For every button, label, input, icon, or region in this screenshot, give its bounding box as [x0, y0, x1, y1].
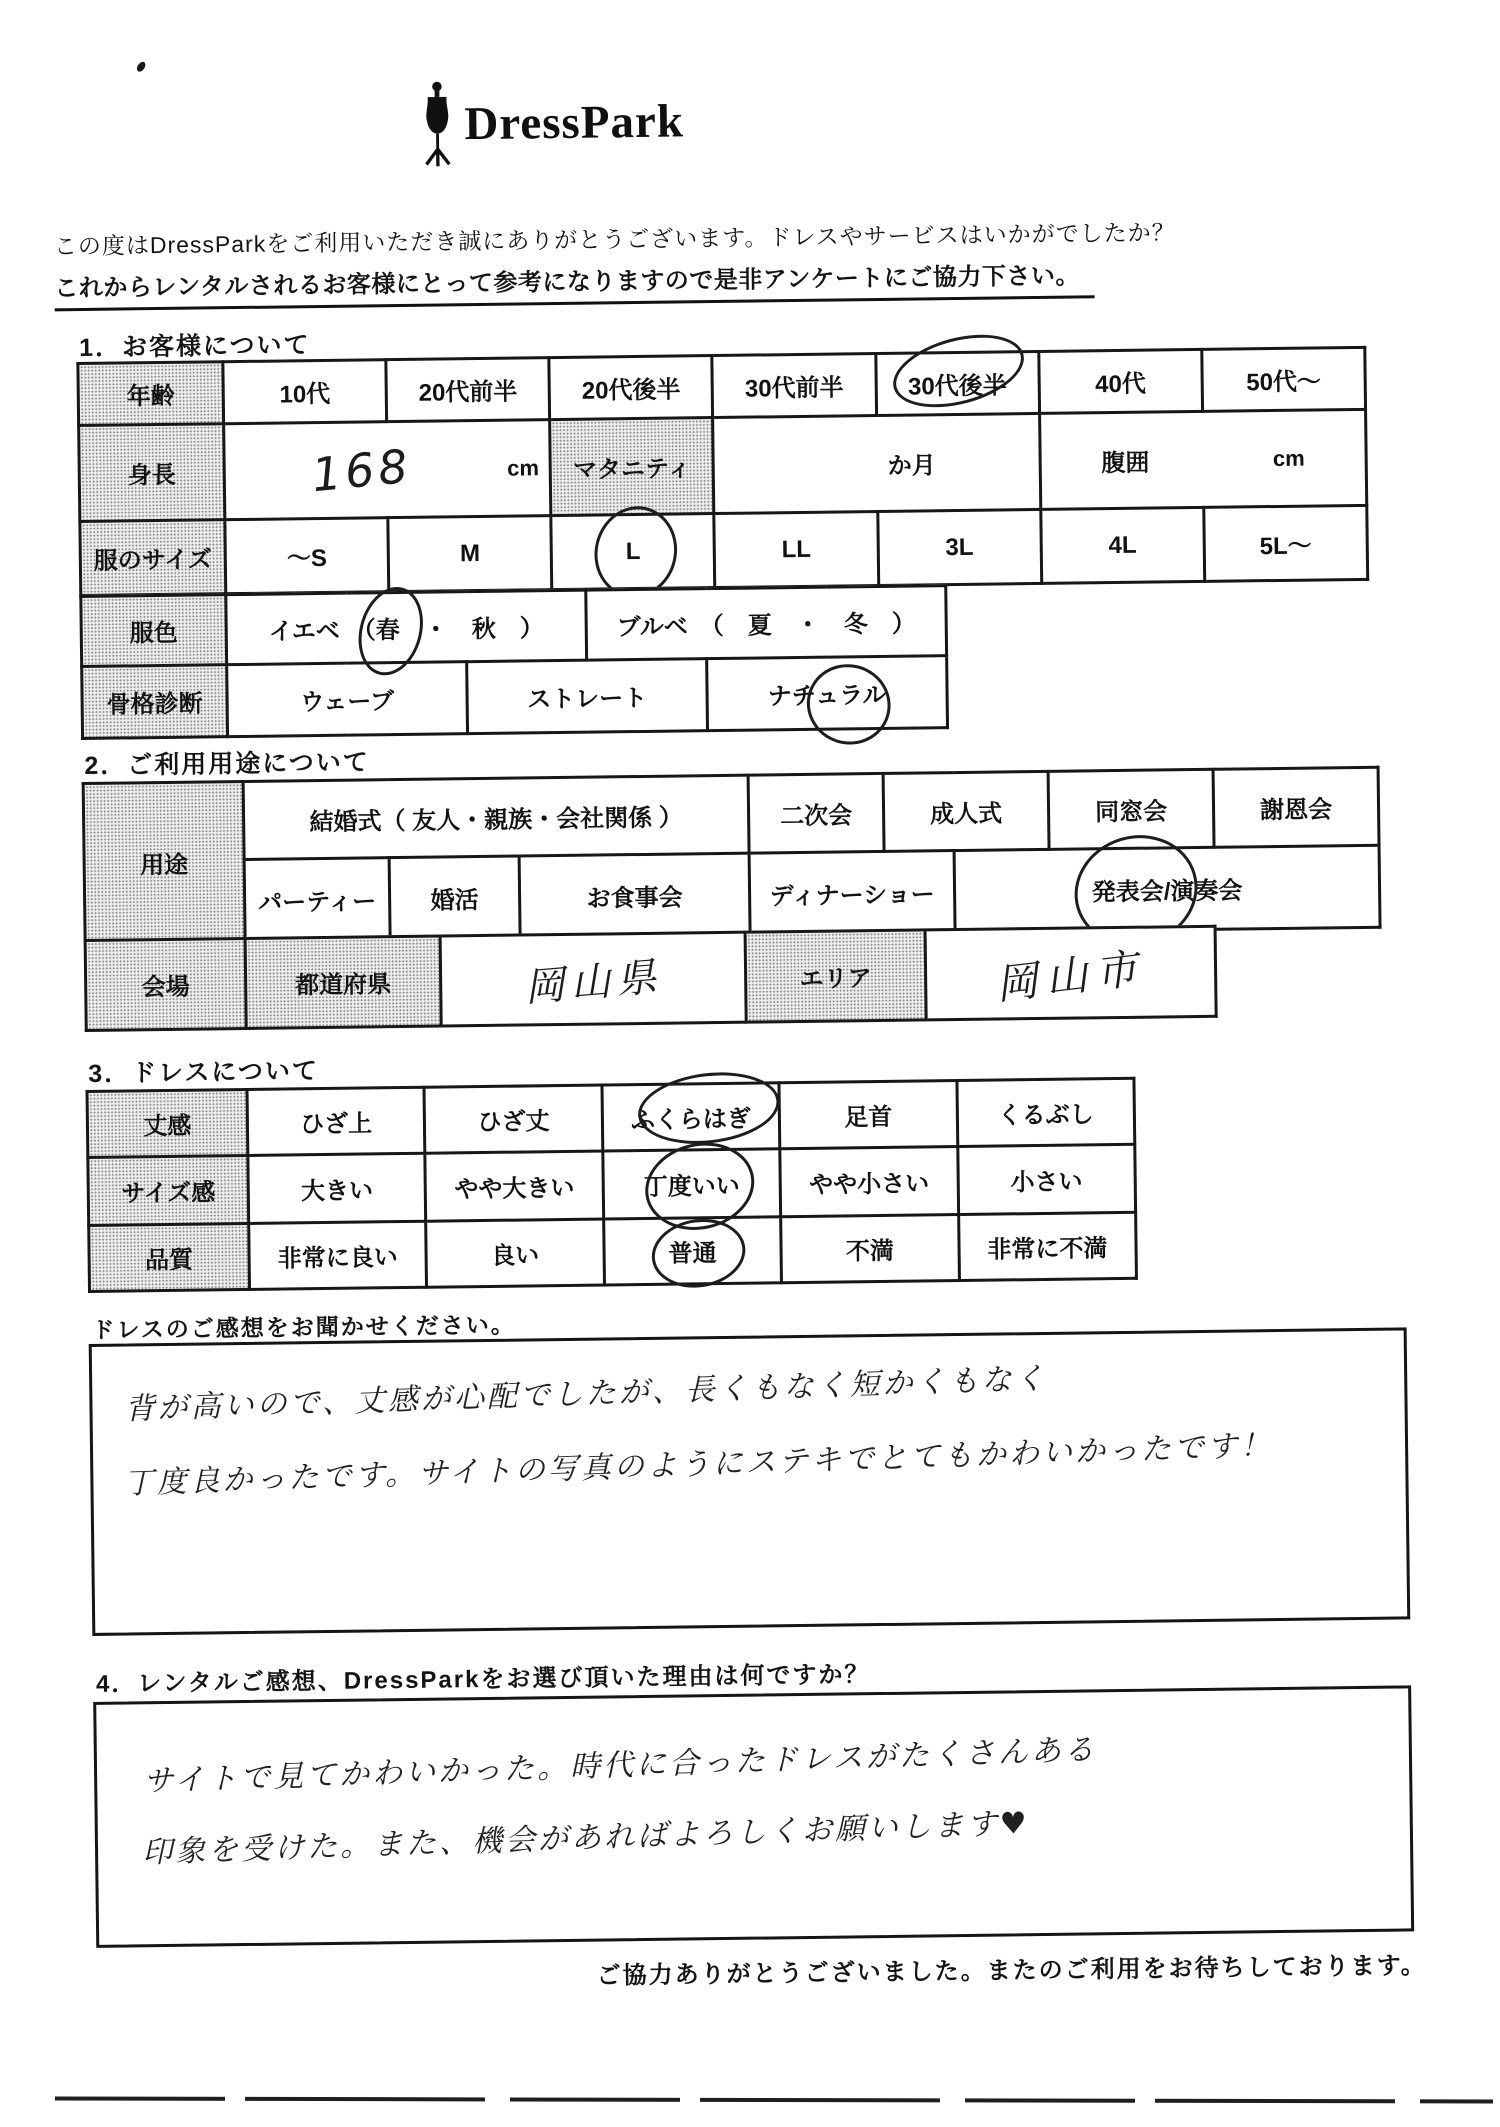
prefecture-handwritten-value: 岡山県 — [522, 945, 664, 1013]
fit-just-right-text: 丁度いい — [644, 1173, 740, 1201]
age-option-early30s: 30代前半 — [712, 354, 876, 418]
fit-option-big: 大きい — [248, 1153, 426, 1223]
customer-table-lower: 服色 イエベ （春 ・ 秋 ） ブルベ （ 夏 ・ 冬 ） 骨格診断 ウェーブ … — [79, 584, 949, 740]
purpose-row-label: 用途 — [83, 781, 245, 943]
dress-table: 丈感 ひざ上 ひざ丈 ふくらはぎ 足首 くるぶし サイズ感 大きい やや大きい … — [86, 1077, 1138, 1293]
height-unit: cm — [507, 455, 539, 481]
reason-handwritten-line-2: 印象を受けた。また、機会があればよろしくお願いします♥ — [141, 1798, 1030, 1872]
length-option-ankle: 足首 — [779, 1081, 957, 1149]
size-option-l-text: L — [626, 537, 641, 564]
logo: DressPark — [418, 76, 685, 169]
height-handwritten-value: 168 — [309, 438, 414, 502]
size-option-4l: 4L — [1040, 507, 1204, 583]
age-option-10s: 10代 — [223, 360, 387, 424]
fit-row-label: サイズ感 — [88, 1155, 249, 1225]
scanned-questionnaire-page: DressPark この度はDressParkをご利用いただき誠にありがとうござ… — [0, 0, 1500, 2127]
purpose-option-reunion: 同窓会 — [1048, 769, 1214, 849]
scan-sheet: DressPark この度はDressParkをご利用いただき誠にありがとうござ… — [0, 0, 1500, 2127]
quality-row-label: 品質 — [89, 1223, 250, 1291]
quality-row: 品質 非常に良い 良い 普通 不満 非常に不満 — [89, 1212, 1137, 1291]
closing-text: ご協力ありがとうございました。またのご利用をお待ちしております。 — [596, 1945, 1426, 1990]
height-value-cell: 168 cm — [224, 420, 551, 520]
age-option-40s: 40代 — [1039, 349, 1203, 413]
venue-row-label: 会場 — [85, 938, 246, 1030]
fit-option-slightly-small: やや小さい — [780, 1147, 958, 1217]
purpose-option-dinner-show: ディナーショー — [749, 851, 955, 936]
length-row-label: 丈感 — [87, 1089, 248, 1157]
scan-speck — [135, 60, 147, 73]
personal-color-row: 服色 イエベ （春 ・ 秋 ） ブルベ （ 夏 ・ 冬 ） — [81, 586, 947, 667]
purpose-option-konkatsu: 婚活 — [389, 856, 520, 940]
maternity-months-cell: か月 — [713, 413, 1040, 513]
quality-normal-text: 普通 — [668, 1240, 716, 1268]
intro-line-2: これからレンタルされるお客様にとって参考になりますので是非アンケートにご協力下さ… — [54, 255, 1094, 311]
reason-handwritten-line-1: サイトで見てかわいかった。時代に合ったドレスがたくさんある — [143, 1724, 1098, 1800]
quality-option-unsatisfied: 不満 — [781, 1215, 959, 1283]
feedback-comment-box: 背が高いので、丈感が心配でしたが、長くもなく短かくもなく 丁度良かったです。サイ… — [89, 1327, 1411, 1636]
size-option-ll: LL — [714, 512, 878, 588]
customer-table: 年齢 10代 20代前半 20代後半 30代前半 30代後半 40代 50代～ … — [76, 346, 1369, 597]
quality-option-normal-selected: 普通 — [603, 1217, 781, 1285]
usage-table: 用途 結婚式（ 友人・親族・会社関係 ） 二次会 成人式 同窓会 謝恩会 パーテ… — [82, 766, 1382, 945]
skeleton-row-label: 骨格診断 — [82, 665, 228, 739]
age-option-late20s: 20代後半 — [549, 356, 713, 420]
skeleton-option-straight: ストレート — [467, 659, 708, 734]
skeleton-option-wave: ウェーブ — [227, 662, 468, 737]
quality-option-very-good: 非常に良い — [249, 1221, 427, 1289]
fit-option-small: 小さい — [957, 1144, 1135, 1214]
age-option-early20s: 20代前半 — [386, 358, 550, 422]
venue-table: 会場 都道府県 岡山県 エリア 岡山市 — [84, 925, 1218, 1032]
prefecture-value-cell: 岡山県 — [440, 932, 746, 1026]
age-option-50s: 50代～ — [1202, 347, 1366, 411]
area-handwritten-value: 岡山市 — [993, 935, 1149, 1012]
color-row-label: 服色 — [81, 595, 227, 667]
intro-line-1: この度はDressParkをご利用いただき誠にありがとうございます。ドレスやサー… — [54, 214, 1176, 261]
size-option-s: ～S — [225, 518, 389, 594]
age-option-late30s-text: 30代後半 — [908, 372, 1007, 400]
dress-form-icon — [418, 79, 457, 169]
waist-cell: 腹囲 cm — [1039, 409, 1366, 509]
purpose-recital-text: 発表会/演奏会 — [1092, 877, 1243, 906]
purpose-option-afterparty: 二次会 — [748, 773, 884, 853]
reason-comment-box: サイトで見てかわいかった。時代に合ったドレスがたくさんある 印象を受けた。また、… — [93, 1685, 1414, 1948]
logo-text: DressPark — [464, 94, 684, 151]
quality-option-good: 良い — [426, 1219, 604, 1287]
quality-option-very-unsatisfied: 非常に不満 — [958, 1212, 1136, 1280]
feedback-handwritten-line-2: 丁度良かったです。サイトの写真のようにステキでとてもかわいかったです！ — [123, 1420, 1274, 1503]
size-row: 服のサイズ ～S M L LL 3L 4L 5L～ — [80, 505, 1368, 595]
selection-circle — [885, 322, 1031, 420]
color-yellow-prefix: イエベ （ — [269, 617, 376, 645]
size-option-l-selected: L — [551, 514, 715, 590]
feedback-handwritten-line-1: 背が高いので、丈感が心配でしたが、長くもなく短かくもなく — [124, 1353, 1048, 1428]
size-option-m: M — [388, 516, 552, 592]
fit-option-slightly-big: やや大きい — [425, 1151, 603, 1221]
color-yellow-suffix: ・ 秋 ） — [400, 615, 544, 644]
section4-title: 4．レンタルご感想、DressParkをお選び頂いた理由は何ですか？ — [96, 1654, 871, 1699]
length-option-anklebone: くるぶし — [957, 1078, 1135, 1146]
skeleton-natural-text: ナチュラル — [768, 682, 887, 710]
length-calf-text: ふくらはぎ — [631, 1106, 751, 1135]
area-label: エリア — [745, 930, 926, 1022]
length-option-calf-selected: ふくらはぎ — [602, 1083, 780, 1151]
size-row-label: 服のサイズ — [80, 520, 226, 596]
purpose-option-dinner: お食事会 — [519, 853, 750, 938]
section1-title: 1．お客様について — [79, 325, 311, 364]
height-row-label: 身長 — [79, 424, 225, 522]
length-option-knee: ひざ丈 — [424, 1085, 602, 1153]
section2-title: 2．ご利用用途について — [84, 742, 370, 782]
age-option-late30s-selected: 30代後半 — [875, 351, 1039, 415]
venue-row: 会場 都道府県 岡山県 エリア 岡山市 — [85, 926, 1216, 1030]
size-option-5l: 5L～ — [1204, 505, 1368, 581]
skeleton-option-natural-selected: ナチュラル — [707, 656, 948, 731]
fit-option-just-right-selected: 丁度いい — [603, 1149, 781, 1219]
maternity-label: マタニティ — [550, 418, 714, 516]
waist-label: 腹囲 — [1101, 443, 1149, 479]
section3-title: 3．ドレスについて — [88, 1051, 319, 1090]
skeleton-row: 骨格診断 ウェーブ ストレート ナチュラル — [82, 656, 948, 739]
height-row: 身長 168 cm マタニティ か月 腹囲 cm — [79, 409, 1367, 521]
color-option-yellow: イエベ （春 ・ 秋 ） — [226, 590, 587, 665]
age-row-label: 年齢 — [78, 362, 224, 426]
waist-unit: cm — [1273, 445, 1305, 471]
purpose-option-recital-selected: 発表会/演奏会 — [954, 845, 1380, 932]
size-option-3l: 3L — [877, 509, 1041, 585]
color-option-blue: ブルベ （ 夏 ・ 冬 ） — [586, 586, 947, 661]
area-value-cell: 岡山市 — [925, 926, 1216, 1020]
purpose-option-party: パーティー — [244, 858, 390, 942]
intro-line-2-text: これからレンタルされるお客様にとって参考になりますので是非アンケートにご協力下さ… — [54, 255, 1094, 311]
length-option-above-knee: ひざ上 — [247, 1087, 425, 1155]
purpose-option-wedding: 結婚式（ 友人・親族・会社関係 ） — [243, 775, 749, 859]
color-option-spring-selected: 春 — [376, 610, 400, 645]
color-spring-text: 春 — [376, 617, 400, 644]
purpose-option-coming-of-age: 成人式 — [883, 771, 1049, 851]
prefecture-label: 都道府県 — [245, 936, 441, 1028]
purpose-option-thanks-party: 謝恩会 — [1213, 767, 1379, 847]
